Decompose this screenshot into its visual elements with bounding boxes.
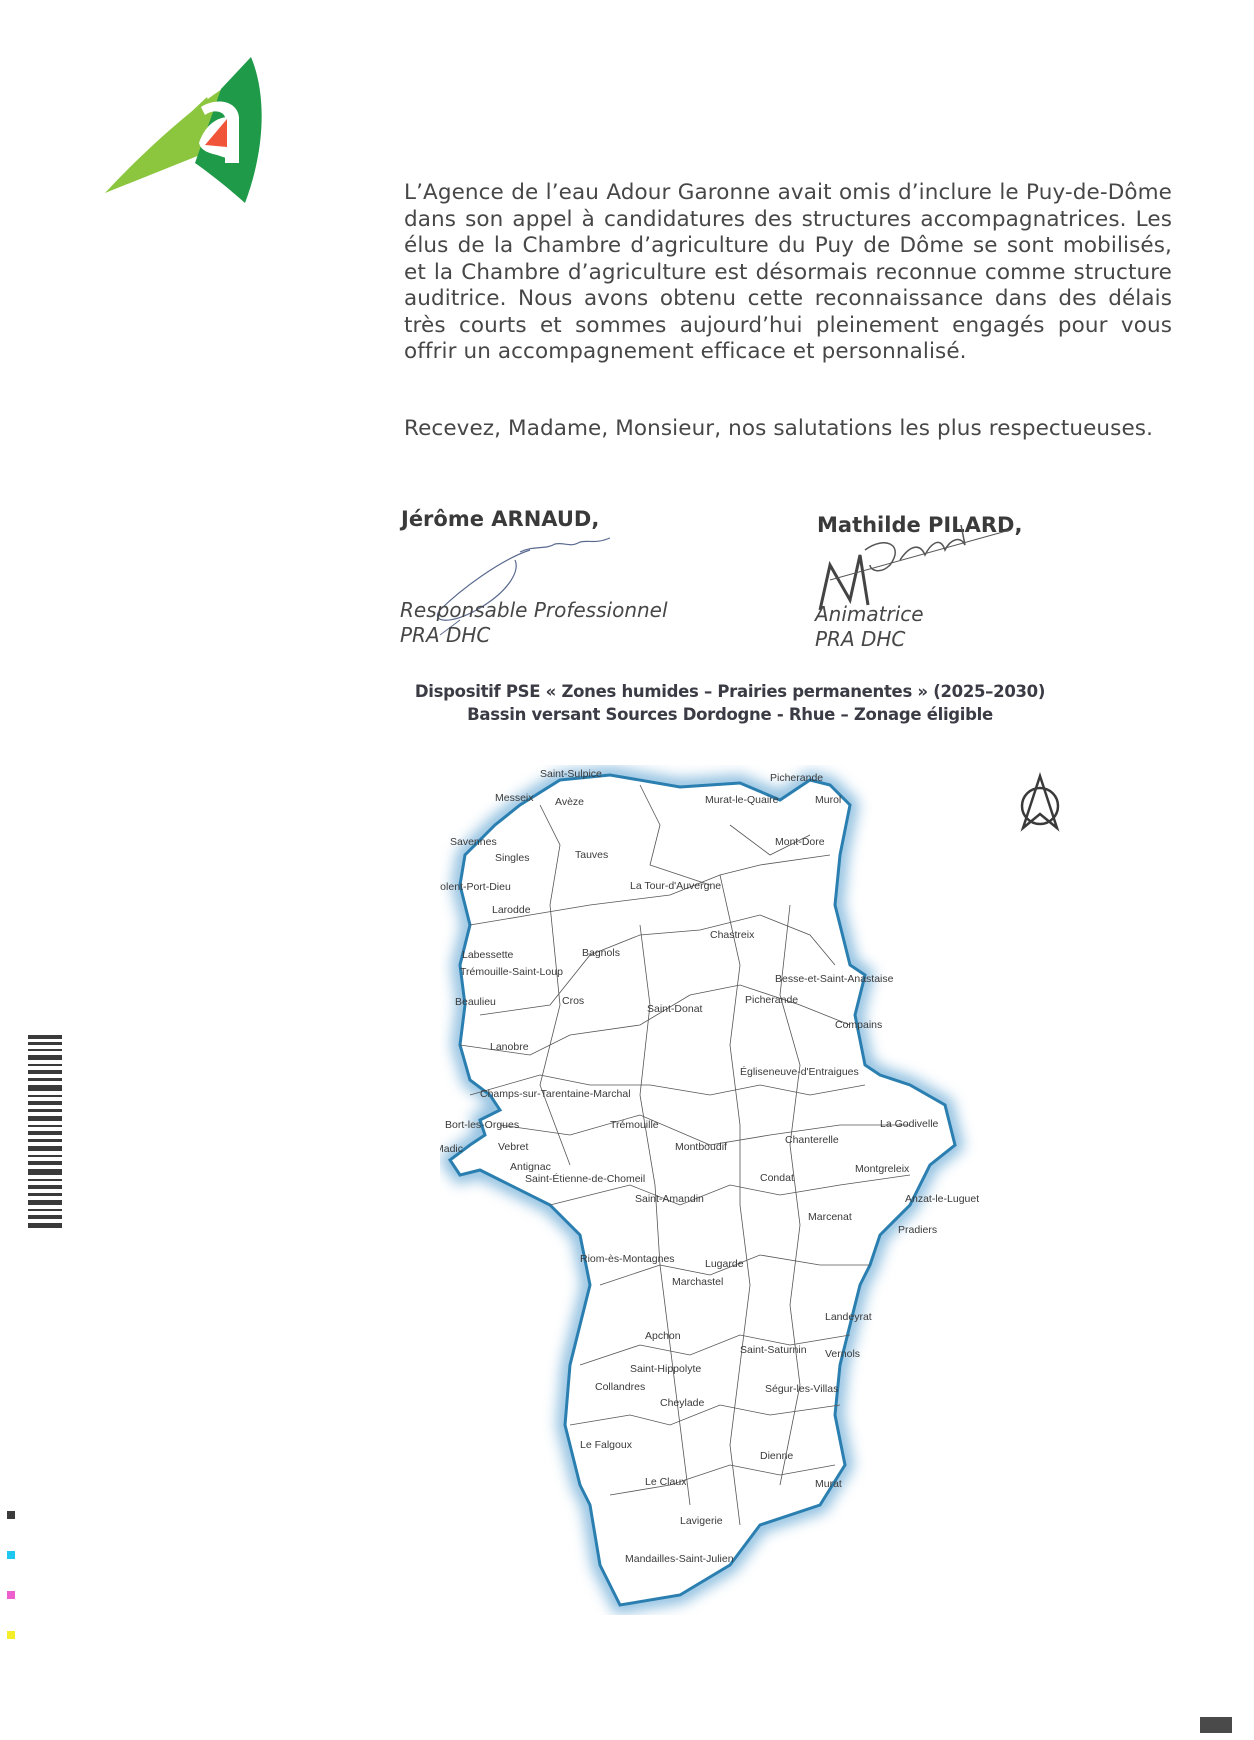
svg-text:Trémouille-Saint-Loup: Trémouille-Saint-Loup [460, 966, 563, 978]
print-mark-cyan [7, 1551, 15, 1559]
svg-text:Besse-et-Saint-Anastaise: Besse-et-Saint-Anastaise [775, 973, 894, 985]
svg-text:Le Falgoux: Le Falgoux [580, 1439, 633, 1451]
svg-text:Beaulieu: Beaulieu [455, 996, 496, 1008]
svg-text:Messeix: Messeix [495, 792, 534, 804]
zoning-map: Saint-Sulpice Picherande Messeix Avèze M… [440, 765, 1040, 1615]
svg-text:Cheylade: Cheylade [660, 1397, 705, 1409]
print-mark-black [7, 1511, 15, 1519]
svg-text:Le Claux: Le Claux [645, 1476, 687, 1488]
svg-text:Chanterelle: Chanterelle [785, 1134, 839, 1146]
svg-text:Montboudif: Montboudif [675, 1141, 727, 1153]
svg-text:Lugarde: Lugarde [705, 1258, 744, 1270]
svg-text:Cros: Cros [562, 995, 584, 1007]
svg-text:Saint-Amandin: Saint-Amandin [635, 1193, 704, 1205]
svg-text:Picherande: Picherande [745, 994, 798, 1006]
svg-text:Picherande: Picherande [770, 772, 823, 784]
svg-text:Avèze: Avèze [555, 796, 584, 808]
svg-text:Mont-Dore: Mont-Dore [775, 836, 825, 848]
svg-text:Antignac: Antignac [510, 1161, 551, 1173]
signatory-name-1: Jérôme ARNAUD, [401, 507, 599, 531]
svg-text:Murol: Murol [815, 794, 841, 806]
svg-text:La Godivelle: La Godivelle [880, 1118, 939, 1130]
svg-text:Anzat-le-Luguet: Anzat-le-Luguet [905, 1193, 979, 1205]
svg-text:Labessette: Labessette [462, 949, 514, 961]
svg-text:Tauves: Tauves [575, 849, 608, 861]
role-2-line-1: Animatrice [815, 602, 924, 627]
svg-text:Lavigerie: Lavigerie [680, 1515, 723, 1527]
svg-text:Bagnols: Bagnols [582, 947, 620, 959]
svg-text:Apchon: Apchon [645, 1330, 681, 1342]
svg-text:Dienne: Dienne [760, 1450, 793, 1462]
print-mark-yellow [7, 1631, 15, 1639]
corner-print-mark [1200, 1717, 1232, 1733]
map-title-line-1: Dispositif PSE « Zones humides – Prairie… [380, 680, 1080, 703]
svg-text:Savennes: Savennes [450, 836, 497, 848]
signatory-role-1: Responsable Professionnel PRA DHC [400, 598, 668, 648]
svg-text:Singles: Singles [495, 852, 529, 864]
svg-text:Champs-sur-Tarentaine-Marchal: Champs-sur-Tarentaine-Marchal [480, 1088, 631, 1100]
svg-text:Riom-ès-Montagnes: Riom-ès-Montagnes [580, 1253, 675, 1265]
letter-closing-paragraph: Recevez, Madame, Monsieur, nos salutatio… [404, 416, 1172, 443]
svg-text:Vebret: Vebret [498, 1141, 528, 1153]
svg-text:Trémouille: Trémouille [610, 1119, 659, 1131]
agence-eau-logo-icon [105, 55, 275, 205]
svg-text:Chastreix: Chastreix [710, 929, 755, 941]
print-mark-magenta [7, 1591, 15, 1599]
svg-text:Saint-Hippolyte: Saint-Hippolyte [630, 1363, 701, 1375]
svg-text:Saint-Saturnin: Saint-Saturnin [740, 1344, 807, 1356]
svg-text:Collandres: Collandres [595, 1381, 645, 1393]
role-1-line-1: Responsable Professionnel [400, 598, 668, 623]
map-subtitle: Bassin versant Sources Dordogne - Rhue –… [380, 703, 1080, 726]
svg-text:Vernols: Vernols [825, 1348, 860, 1360]
svg-text:Madic: Madic [440, 1143, 463, 1155]
svg-text:La Tour-d'Auvergne: La Tour-d'Auvergne [630, 880, 721, 892]
north-arrow-icon [1015, 772, 1065, 832]
svg-text:Lanobre: Lanobre [490, 1041, 529, 1053]
svg-text:Murat: Murat [815, 1478, 842, 1490]
svg-text:Marcenat: Marcenat [808, 1211, 852, 1223]
svg-text:Condat: Condat [760, 1172, 794, 1184]
svg-text:Saint-Étienne-de-Chomeil: Saint-Étienne-de-Chomeil [525, 1172, 645, 1185]
svg-text:Murat-le-Quaire: Murat-le-Quaire [705, 794, 779, 806]
signatory-role-2: Animatrice PRA DHC [815, 602, 924, 652]
svg-text:Compains: Compains [835, 1019, 882, 1031]
svg-text:Mandailles-Saint-Julien: Mandailles-Saint-Julien [625, 1553, 734, 1565]
svg-text:Montgreleix: Montgreleix [855, 1163, 910, 1175]
role-2-line-2: PRA DHC [815, 627, 924, 652]
svg-text:Égliseneuve-d'Entraigues: Égliseneuve-d'Entraigues [740, 1065, 859, 1078]
svg-text:Bort-les-Orgues: Bort-les-Orgues [445, 1119, 519, 1131]
svg-text:Marchastel: Marchastel [672, 1276, 723, 1288]
svg-text:Landeyrat: Landeyrat [825, 1311, 872, 1323]
svg-text:Ségur-les-Villas: Ségur-les-Villas [765, 1383, 838, 1395]
map-title: Dispositif PSE « Zones humides – Prairie… [380, 680, 1080, 726]
svg-text:Larodde: Larodde [492, 904, 531, 916]
svg-text:Saint-Donat: Saint-Donat [647, 1003, 703, 1015]
svg-text:Saint-Sulpice: Saint-Sulpice [540, 768, 602, 780]
svg-text:Confolent-Port-Dieu: Confolent-Port-Dieu [440, 881, 511, 893]
role-1-line-2: PRA DHC [400, 623, 668, 648]
svg-text:Pradiers: Pradiers [898, 1224, 937, 1236]
letter-paragraph-1: L’Agence de l’eau Adour Garonne avait om… [404, 180, 1172, 366]
barcode-icon [28, 1035, 62, 1230]
